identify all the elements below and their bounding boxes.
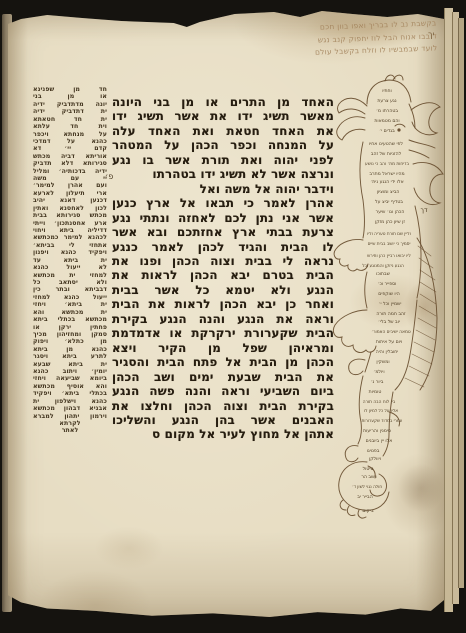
targum-line: והא אוסיף מכתשא — [33, 383, 107, 390]
targum-line: יומין׳ ויתוב כהנא — [33, 368, 107, 375]
targum-line: מכתשא בכתלי ביתא — [33, 316, 107, 323]
main-text-line: הנגע ולא יטמא כל אשר בבית — [112, 283, 334, 297]
owner-inscription: בקשבת נב לו בבריך ואפו בוון חכםדובבו אנו… — [286, 17, 437, 60]
targum-line: כהנא מן ביתא — [33, 346, 107, 353]
targum-line: וית חד עלתא — [33, 123, 107, 130]
micrography-line: הנגע ניזקן והמנוגע וכל — [362, 264, 404, 269]
micrography-line: שבתוכו — [376, 272, 391, 277]
targum-line: יי עם משה — [33, 175, 107, 182]
targum-line: סגירותא דלא תדביק — [33, 160, 107, 167]
targum-line: ארע אחסנתכון׳ וייתי — [33, 220, 107, 227]
main-text-line: לו הבית והגיד לכהן לאמר כנגע — [112, 240, 334, 254]
targum-line: ידיה בדכותיה׳ ומליל — [33, 168, 107, 175]
main-text-line: ונרצה אשר לא תשיג ידו בטהרתו — [112, 167, 334, 181]
targum-line: ית חד חטאתא — [33, 116, 107, 123]
targum-line: אתחזי לי בביתא׳ — [33, 242, 107, 249]
targum-line: ארי תיעלון לארעא — [33, 190, 107, 197]
micrography-line: חולה נגוי לשון ד׳ — [352, 484, 382, 489]
micrography-line: הביצ ומוציון — [377, 190, 400, 195]
targum-line: ייעול כהנא למחזי — [33, 294, 107, 301]
micrography-line: להזניות של זהב — [371, 151, 402, 157]
creature-eye — [397, 128, 400, 131]
targum-line: אבניא דבהון מכתשא — [33, 405, 107, 412]
targum-line: ועם אהרן למימר׳ — [33, 182, 107, 189]
targum-line: לקרתא — [33, 420, 107, 427]
micrography-line: לפי שהטעינו אחיו — [369, 141, 403, 147]
micrography-line: מהיו ישראל מתרב — [369, 171, 404, 177]
targum-line: בכתלי ביתא׳ ויפקיד — [33, 390, 107, 397]
micrography-line: הכהן וגו׳ שיער — [376, 210, 405, 215]
micrography-line: היו שוקפים — [378, 292, 399, 297]
deckle-tear — [180, 10, 226, 21]
targum-line: סמקן ומחזיהון מכיך — [33, 331, 107, 338]
micrography-creature-drawing: דך וחתיונגע צרעתבטהרתו מ׳והם מטמאותבגדים… — [323, 60, 444, 522]
targum-line: ויפקיד כהנא ויפנון — [33, 249, 107, 256]
targum-line: קדם יי׳ דא — [33, 145, 107, 152]
micrography-line: וחתיו — [382, 89, 392, 94]
micrography-line: ביקום — [362, 509, 374, 514]
main-text-line: ומראיהן שפל מן הקיר ויצא — [112, 341, 334, 355]
targum-line: ית ביתא׳ ויחזי — [33, 301, 107, 308]
targum-line: פחתין ירקן או — [33, 324, 107, 331]
main-text-line: הכהן מן הבית אל פתח הבית והסגיר — [112, 355, 334, 369]
targum-line: ית ביתא שבעא — [33, 361, 107, 368]
targum-line: לכהנא למימר כמכתשא — [33, 234, 107, 241]
targum-line: וירמון יתהון למברא — [33, 413, 107, 420]
manuscript-page: בקשבת נב לו בבריך ואפו בוון חכםדובבו אנו… — [8, 10, 444, 617]
targum-line: מן כתלא׳ ויפוק — [33, 338, 107, 345]
targum-line: כהנא על דמדכי — [33, 138, 107, 145]
micrography-line: ויום על איתות — [376, 339, 402, 345]
micrography-line: סימנין והריעות — [363, 429, 391, 434]
micrography-line: ויולמ׳ — [373, 369, 384, 375]
marginal-mark-top-right: יך — [428, 30, 434, 40]
micrography-line: וישב הר — [361, 475, 376, 480]
micrography-line: וספייר וכ׳ — [378, 282, 397, 287]
targum-line: חד מן שפנינא — [33, 86, 107, 93]
micrography-line: והם מטמאות — [374, 119, 399, 124]
targum-line: על מנחתא ויכפר — [33, 131, 107, 138]
targum-line: או מן בני — [33, 93, 107, 100]
micrography-line: ומשקין — [376, 360, 389, 365]
micrography-line: וליין שם תורת טעריה וליו — [367, 231, 411, 236]
marginal-mark-mid-right: דך — [420, 206, 427, 214]
micrography-line: בדיחות מת׳ והב כי נושע — [365, 162, 409, 167]
targum-line: לא ייעול כהנא — [33, 264, 107, 271]
main-text-line: על המנחה וכפר הכהן על המטהר — [112, 138, 334, 152]
main-text-line: הבית שקערורת ירקרקת או אדמדמת — [112, 326, 334, 340]
creature-lower-leg — [333, 310, 376, 352]
micrography-line: בגדים י׳ — [379, 129, 395, 134]
micrography-line: טמאה ישיבים האמור׳ — [371, 330, 411, 335]
main-text-line: נראה לי בבית וצוה הכהן ופנו את — [112, 254, 334, 268]
main-text-line: אהרן לאמר כי תבאו אל ארץ כנען — [112, 196, 334, 210]
main-text-line: לפני יהוה ואת תורת אשר בו נגע — [112, 153, 334, 167]
micrography-line: ויוולקן — [369, 456, 381, 462]
targum-line: ית מכתשא והא — [33, 309, 107, 316]
main-text-line: בקירת הבית וצוה הכהן וחלצו את — [112, 399, 334, 413]
micrography-line: אלו ידי הנגע נית׳ — [370, 179, 403, 185]
micrography-line: ליו יבואו רביץ כהן וחירש — [367, 254, 411, 259]
targum-line: לאתר — [33, 427, 107, 434]
main-text-line: צרעת בבתי ארץ אחזתכם ובא אשר — [112, 225, 334, 239]
targum-line: למחזי ית מכתשא — [33, 272, 107, 279]
targum-line: דכנען דאנא יהיב — [33, 197, 107, 204]
targum-line: לתרע ביתא ויסגר — [33, 353, 107, 360]
targum-line: יונה מדתדביק ידיה — [33, 101, 107, 108]
micrography-line: עמרי במדוד שקערורות — [362, 418, 403, 423]
micrography-line: טומיות — [369, 390, 382, 395]
micrography-line: זן שיון כהן מזקן — [375, 220, 405, 225]
main-text-line: האחד מן התרים או מן בני היונה — [112, 95, 334, 109]
micrography-line: נגע צרעת — [377, 99, 396, 104]
main-text-line: אשר אני נתן לכם לאחזה ונתתי נגע — [112, 211, 334, 225]
micrography-line: בפנויגו — [367, 449, 380, 454]
targum-margin-column: חד מן שפנינאאו מן בנייונה מדתדביק ידיהית… — [33, 86, 107, 435]
main-text-column: האחד מן התרים או מן בני היונהמאשר תשיג י… — [112, 95, 334, 442]
main-text-line: וידבר יהוה אל משה ואל — [112, 182, 334, 196]
micrography-line: הבייר יב — [357, 495, 372, 500]
main-text-line: ואחר כן יבא הכהן לראות את הבית — [112, 297, 334, 311]
targum-line: דדיליה ביתא ויחוי — [33, 227, 107, 234]
targum-line: לכון לאחסנא ואתין — [33, 205, 107, 212]
micrography-line: בטהרתו מ׳ — [376, 109, 398, 114]
creature-wing — [417, 238, 437, 390]
main-text-line: האבנים אשר בהן הנגע והשליכו — [112, 413, 334, 427]
micrography-line: בין לוח הבה תורה — [363, 400, 396, 405]
micrography-line: בטדיף יביצ על — [375, 199, 403, 205]
micrography-line: יחובלין והיה — [376, 349, 399, 355]
targum-line: ולא יסתאב כל — [33, 279, 107, 286]
main-text-line: מאשר תשיג ידו את אשר תשיג ידו — [112, 109, 334, 123]
targum-line: כהנא וישלפון ית — [33, 398, 107, 405]
micrography-line: טיטול — [363, 466, 374, 472]
main-text-line: הבית בטרם יבא הכהן לראות את — [112, 268, 334, 282]
micrography-line: יוב של בלי׳ — [378, 319, 400, 325]
page-fold-edge — [458, 18, 464, 588]
micrography-line: יסמיך כי יושב בבית שיים — [368, 242, 411, 247]
micrography-line: אליו על כל למיון לו — [364, 408, 398, 413]
micrography-line: ביור נ׳ — [371, 380, 384, 385]
targum-line: ית ביתא עד — [33, 257, 107, 264]
micrography-line: אלו יין ביובנים — [366, 438, 393, 444]
main-text-line: אתהן אל מחוץ לעיר אל מקום ס — [112, 427, 334, 441]
manuscript-photo: בקשבת נב לו בבריך ואפו בוון חכםדובבו אנו… — [0, 0, 466, 633]
main-text-line: ביום השביעי וראה והנה פשה הנגע — [112, 384, 334, 398]
micrography-line: ישמיין וכל י׳ — [379, 301, 402, 307]
main-text-line: את האחד חטאת ואת האחד עלה — [112, 124, 334, 138]
micrography-line: זהב חמה תורה — [376, 312, 406, 317]
main-text-line: את הבית שבעת ימים ושב הכהן — [112, 370, 334, 384]
targum-line: אוריתא דביה מכתש — [33, 153, 107, 160]
targum-line: דבביתא ובתר כין — [33, 286, 107, 293]
targum-line: ית דתדביק ידיה — [33, 108, 107, 115]
main-text-line: וראה את הנגע והנה הנגע בקירת — [112, 312, 334, 326]
targum-line: ביומא שביעאה ויחזי — [33, 375, 107, 382]
targum-line: מכתש סגירותא בבית — [33, 212, 107, 219]
stain — [94, 526, 164, 570]
